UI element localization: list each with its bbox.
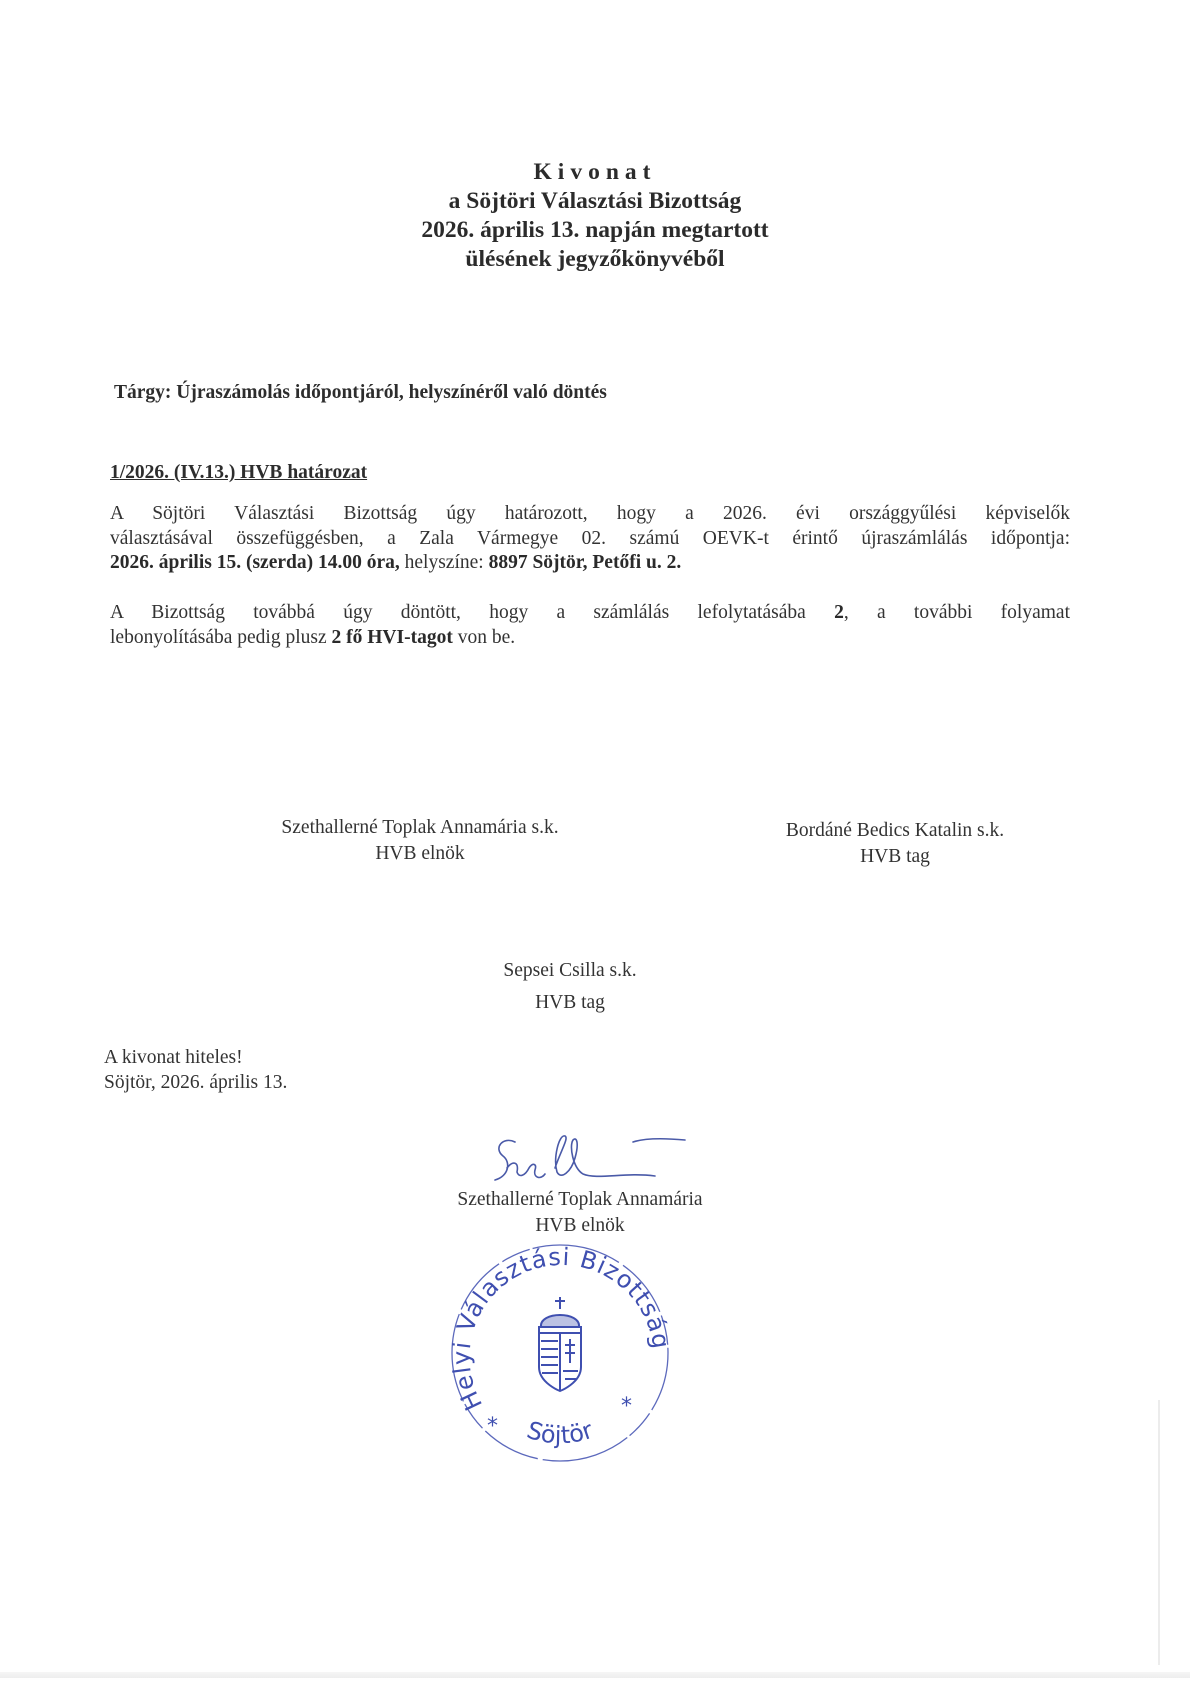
- signature-block-chair: Szethallerné Toplak Annamária s.k. HVB e…: [240, 815, 600, 867]
- document-page: Kivonat a Söjtöri Választási Bizottság 2…: [0, 0, 1190, 1682]
- scan-edge-artifact: [1158, 1400, 1160, 1665]
- certifier-name: Szethallerné Toplak Annamária: [420, 1187, 740, 1213]
- resolution-id: 1/2026. (IV.13.) HVB határozat: [110, 462, 367, 484]
- signer-role: HVB tag: [445, 987, 695, 1019]
- paragraph-2-line-2: lebonyolításába pedig plusz 2 fő HVI-tag…: [110, 626, 1070, 651]
- signer-name: Szethallerné Toplak Annamária s.k.: [240, 815, 600, 841]
- authentication-statement: A kivonat hiteles!: [104, 1045, 287, 1070]
- signer-name: Sepsei Csilla s.k.: [445, 955, 695, 987]
- resolution-paragraph-2: A Bizottság továbbá úgy döntött, hogy a …: [110, 601, 1070, 650]
- scan-bottom-artifact: [0, 1672, 1190, 1678]
- star-icon: *: [621, 1394, 632, 1419]
- hvi-members-count: 2 fő HVI-tagot: [332, 627, 453, 648]
- svg-text:Söjtör: Söjtör: [524, 1416, 597, 1450]
- official-stamp-icon: Helyi Választási Bizottság Söjtör * *: [435, 1235, 685, 1475]
- recount-location: 8897 Söjtör, Petőfi u. 2.: [489, 552, 682, 573]
- star-icon: *: [487, 1414, 498, 1439]
- stamp-ring-text: Helyi Választási Bizottság: [447, 1243, 675, 1415]
- counting-members-count: 2: [834, 602, 844, 623]
- subject-line: Tárgy: Újraszámolás időpontjáról, helysz…: [114, 382, 607, 404]
- paragraph-2-line-1: A Bizottság továbbá úgy döntött, hogy a …: [110, 601, 1070, 626]
- handwritten-signature-icon: [485, 1128, 705, 1193]
- signer-role: HVB elnök: [240, 841, 600, 867]
- authentication-place-date: Söjtör, 2026. április 13.: [104, 1070, 287, 1095]
- certifier-block: Szethallerné Toplak Annamária HVB elnök: [420, 1187, 740, 1239]
- recount-date-time: 2026. április 15. (szerda) 14.00 óra,: [110, 552, 400, 573]
- svg-text:Helyi Választási Bizottság: Helyi Választási Bizottság: [447, 1243, 675, 1415]
- resolution-paragraph-1: A Söjtöri Választási Bizottság úgy határ…: [110, 502, 1070, 576]
- paragraph-1-line-2: választásával összefüggésben, a Zala Vár…: [110, 527, 1070, 552]
- paragraph-2-text: lebonyolításába pedig plusz: [110, 627, 332, 648]
- paragraph-2-text: A Bizottság továbbá úgy döntött, hogy a …: [110, 602, 834, 623]
- signer-role: HVB tag: [735, 844, 1055, 870]
- signature-block-member-1: Bordáné Bedics Katalin s.k. HVB tag: [735, 818, 1055, 870]
- signature-block-member-2: Sepsei Csilla s.k. HVB tag: [445, 955, 695, 1019]
- hungarian-coat-of-arms-icon: [539, 1297, 581, 1391]
- meeting-date: 2026. április 13. napján megtartott: [0, 216, 1190, 245]
- committee-name: a Söjtöri Választási Bizottság: [0, 187, 1190, 216]
- paragraph-1-line-3: 2026. április 15. (szerda) 14.00 óra, he…: [110, 551, 1070, 576]
- authentication-block: A kivonat hiteles! Söjtör, 2026. április…: [104, 1045, 287, 1095]
- paragraph-2-text: , a további folyamat: [844, 602, 1070, 623]
- document-title: Kivonat: [0, 158, 1190, 187]
- paragraph-1-line-1: A Söjtöri Választási Bizottság úgy határ…: [110, 502, 1070, 527]
- paragraph-2-text: von be.: [453, 627, 515, 648]
- signer-name: Bordáné Bedics Katalin s.k.: [735, 818, 1055, 844]
- stamp-bottom-text: Söjtör: [524, 1416, 597, 1450]
- minutes-label: ülésének jegyzőkönyvéből: [0, 245, 1190, 274]
- location-label: helyszíne:: [400, 552, 489, 573]
